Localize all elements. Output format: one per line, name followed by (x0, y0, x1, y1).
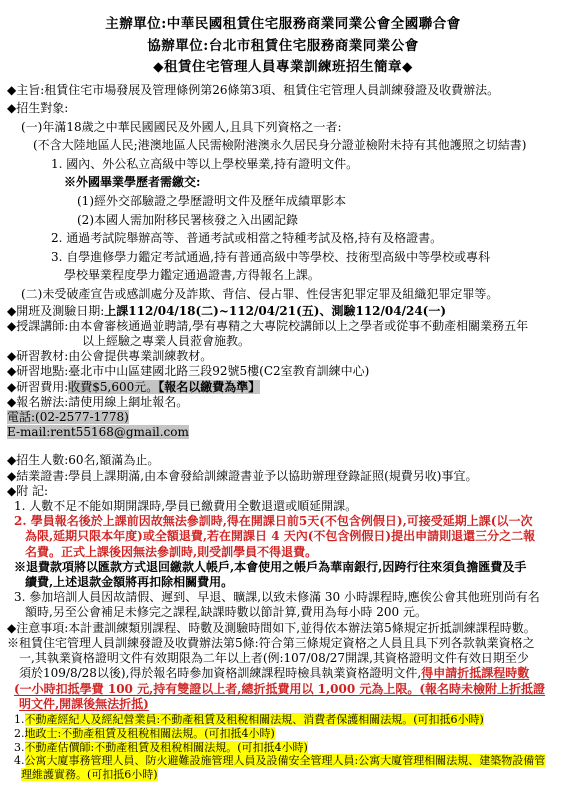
doc-text: 不動產經紀人及經紀營業員:不動產租賃及租稅相關法規、消費者保護相關法規。(可扣抵… (25, 713, 484, 726)
doc-line: 續費,上述退款金額將再扣除相關費用。 (7, 575, 560, 590)
deduction-item-2: 2.地政士:不動產租賃及租稅相關法規。(可扣抵4小時) (7, 727, 560, 741)
doc-text: 2. 通過考試院舉辦高等、普通考試或相當之特種考試及格,持有及格證書。 (51, 231, 442, 245)
doc-text: ◆研習地點:臺北市中山區建國北路三段92號5樓(C2室教育訓練中心) (7, 364, 369, 378)
doc-line: 須於109/8/28以後),得於報名時參加資格訓練課程時檢具執業資格證明文件,得… (7, 666, 560, 681)
capacity-line: ◆招生人數:60名,額滿為止。 (7, 453, 560, 468)
doc-text: 續費,上述退款金額將再扣除相關費用。 (25, 575, 233, 589)
doc-text: (1)經外交部驗證之學歷證明文件及歷年成績單影本 (77, 194, 346, 208)
doc-line: 為限,延期只限本年度)或全額退費,若在開課日 4 天內(不包含例假日)提出申請則… (7, 529, 560, 544)
doc-text: (二)未受破產宣告或感訓處分及詐欺、背信、侵占罪、性侵害犯罪定罪及組織犯罪定罪等… (21, 287, 498, 301)
material-line: ◆研習教材:由公會提供專業訓練教材。 (7, 349, 560, 364)
doc-line: 明文件,開課後無法折抵) (7, 697, 560, 712)
doc-text: ※退費款項將以匯款方式退回繳款人帳戶,本會使用之帳戶為華南銀行,因跨行往來須負擔… (14, 560, 526, 574)
doc-text: 1. 國內、外公私立高級中等以上學校畢業,持有證明文件。 (51, 157, 358, 171)
doc-text: 地政士:不動產租賃及租稅相關法規。(可扣抵4小時) (25, 727, 275, 740)
doc-text: 3. 自學進修學力鑑定考試通過,持有普通高級中等學校、技術型高級中等學校或專科 (51, 250, 490, 264)
co-organizer-line: 協辦單位:台北市租賃住宅服務商業同業公會 (0, 36, 566, 58)
instructor-line: ◆授課講師:由本會審核通過並聘請,學有專精之大專院校講師以上之學者或從事不動產相… (7, 319, 560, 334)
document-header: 主辦單位:中華民國租賃住宅服務商業同業公會全國聯合會 協辦單位:台北市租賃住宅服… (0, 0, 566, 79)
refund-bank-line: ※退費款項將以匯款方式退回繳款人帳戶,本會使用之帳戶為華南銀行,因跨行往來須負擔… (7, 560, 560, 575)
course-dates-line: ◆開班及測驗日期:上課112/04/18(二)~112/04/21(五)、測驗1… (7, 304, 560, 319)
doc-text: ◆研習教材:由公會提供專業訓練教材。 (7, 349, 212, 363)
doc-line: (一小時扣抵學費 100 元,持有雙證以上者,總折抵費用以 1,000 元為上限… (7, 682, 560, 697)
doc-text: 1. (14, 713, 25, 726)
doc-text: 2. 學員報名後於上課前因故無法參訓時,得在開課日前5天(不包含例假日),可接受… (14, 514, 532, 528)
doc-line: (1)經外交部驗證之學歷證明文件及歷年成績單影本 (7, 192, 560, 211)
doc-text: 一,其執業資格證明文件有效期限為二年以上者(例:107/08/27開課,其資格證… (19, 651, 529, 665)
doc-text: (不含大陸地區人民;港澳地區人民需檢附港澳永久居民身分證並檢附未持有其他護照之切… (33, 138, 526, 152)
doc-text: (一)年滿18歲之中華民國國民及外國人,且具下列資格之一者: (21, 120, 342, 134)
section-purpose-and-target: ◆主旨:租賃住宅市場發展及管理條例第26條第3項、租賃住宅管理人員訓練發證及收費… (7, 81, 560, 304)
section-notes: ◆招生人數:60名,額滿為止。◆結業證書:學員上課期滿,由本會發給訓練證書並予以… (7, 453, 560, 711)
doc-text: ◆主旨:租賃住宅市場發展及管理條例第26條第3項、租賃住宅管理人員訓練發證及收費… (7, 83, 499, 97)
doc-text: ※外國畢業學歷者需繳交: (64, 175, 200, 189)
doc-line: (二)未受破產宣告或感訓處分及詐欺、背信、侵占罪、性侵害犯罪定罪及組織犯罪定罪等… (7, 285, 560, 304)
email-highlight: E-mail:rent55168@gmail.com (7, 425, 189, 439)
doc-text: 明文件,開課後無法折抵) (19, 697, 149, 711)
doc-text: (2)本國人需加附移民署核發之入出國記錄 (77, 213, 298, 227)
doc-line: 1. 國內、外公私立高級中等以上學校畢業,持有證明文件。 (7, 155, 560, 174)
doc-line: (2)本國人需加附移民署核發之入出國記錄 (7, 211, 560, 230)
doc-text: 不動產估價師:不動產租賃及租稅相關法規。(可扣抵4小時) (25, 741, 308, 754)
doc-text: ◆結業證書:學員上課期滿,由本會發給訓練證書並予以協助辦理登錄証照(規費另收)事… (7, 469, 477, 483)
location-line: ◆研習地點:臺北市中山區建國北路三段92號5樓(C2室教育訓練中心) (7, 364, 560, 379)
page-title: ◆租賃住宅管理人員專業訓練班招生簡章◆ (0, 57, 566, 79)
doc-text: 額時,另至公會補足未修完之課程,缺課時數以節計算,費用為每小時 200 元。 (25, 605, 427, 619)
doc-text: ◆附 記: (7, 484, 48, 498)
doc-line: 3. 參加培訓人員因故請假、遲到、早退、曠課,以致未修滿 30 小時課程時,應俟… (7, 590, 560, 605)
deduction-item-4: 4.公寓大廈事務管理人員、防火避難設施管理人員及設備安全管理人員:公寓大廈管理相… (7, 754, 560, 768)
doc-line: (一)年滿18歲之中華民國國民及外國人,且具下列資格之一者: (7, 118, 560, 137)
doc-text: 1. 人數不足不能如期開課時,學員已繳費用全數退還或順延開課。 (14, 499, 357, 513)
doc-text: 3. (14, 741, 25, 754)
regulation-line: ※租賃住宅管理人員訓練發證及收費辦法第5條:符合第三條規定資格之人員且具下列各款… (7, 636, 560, 651)
appendix-heading: ◆附 記: (7, 484, 560, 499)
organizer-line: 主辦單位:中華民國租賃住宅服務商業同業公會全國聯合會 (0, 14, 566, 36)
deduction-item-1: 1.不動產經紀人及經紀營業員:不動產租賃及租稅相關法規、消費者保護相關法規。(可… (7, 713, 560, 727)
fee-highlight: 收費$5,600元。 (68, 380, 158, 394)
phone-line: 電話:(02-2577-1778) (7, 410, 560, 425)
doc-text: ◆注意事項:本計畫訓練類別課程、時數及測驗時間如下,並得依本辦法第5條規定折抵訓… (7, 621, 536, 635)
doc-text: ◆報名辦法:請使用線上網址報名。 (7, 395, 188, 409)
doc-line: 理維護實務。(可扣抵6小時) (7, 768, 560, 782)
deduction-item-3: 3.不動產估價師:不動產租賃及租稅相關法規。(可扣抵4小時) (7, 741, 560, 755)
doc-text: 名費。正式上課後因無法參訓時,則受訓學員不得退費。 (25, 545, 317, 559)
doc-text: 【報名以繳費為準】 (158, 380, 260, 394)
doc-text: (一小時扣抵學費 100 元,持有雙證以上者,總折抵費用以 1,000 元為上限… (14, 682, 545, 696)
refund-policy-line: 2. 學員報名後於上課前因故無法參訓時,得在開課日前5天(不包含例假日),可接受… (7, 514, 560, 529)
doc-text: 理維護實務。(可扣抵6小時) (21, 768, 158, 781)
doc-text: ◆研習費用: (7, 380, 68, 394)
deduction-highlight: 得申請折抵課程時數 (421, 666, 529, 680)
doc-text: 以上經驗之專業人員蒞會施教。 (82, 334, 250, 348)
section-course-info: ◆開班及測驗日期:上課112/04/18(二)~112/04/21(五)、測驗1… (7, 304, 560, 441)
subject-line: ◆主旨:租賃住宅市場發展及管理條例第26條第3項、租賃住宅管理人員訓練發證及收費… (7, 81, 560, 100)
document-body: ◆主旨:租賃住宅市場發展及管理條例第26條第3項、租賃住宅管理人員訓練發證及收費… (0, 79, 566, 782)
doc-text: 公寓大廈事務管理人員、防火避難設施管理人員及設備安全管理人員:公寓大廈管理相關法… (25, 754, 546, 767)
email-line: E-mail:rent55168@gmail.com (7, 425, 560, 440)
attention-line: ◆注意事項:本計畫訓練類別課程、時數及測驗時間如下,並得依本辦法第5條規定折抵訓… (7, 621, 560, 636)
doc-text: 須於109/8/28以後),得於報名時參加資格訓練課程時檢具執業資格證明文件, (19, 666, 421, 680)
doc-text: 學校畢業程度學力鑑定通過證書,方得報名上課。 (64, 268, 320, 282)
doc-text: ※租賃住宅管理人員訓練發證及收費辦法第5條:符合第三條規定資格之人員且具下列各款… (7, 636, 535, 650)
doc-line: 名費。正式上課後因無法參訓時,則受訓學員不得退費。 (7, 545, 560, 560)
doc-line: 學校畢業程度學力鑑定通過證書,方得報名上課。 (7, 266, 560, 285)
doc-line: 1. 人數不足不能如期開課時,學員已繳費用全數退還或順延開課。 (7, 499, 560, 514)
doc-line: 以上經驗之專業人員蒞會施教。 (7, 334, 560, 349)
doc-text: ◆招生對象: (7, 101, 68, 115)
doc-line: ※外國畢業學歷者需繳交: (7, 173, 560, 192)
doc-text: 4. (14, 754, 25, 767)
doc-line: 3. 自學進修學力鑑定考試通過,持有普通高級中等學校、技術型高級中等學校或專科 (7, 248, 560, 267)
doc-text: ◆開班及測驗日期: (7, 304, 104, 318)
fee-line: ◆研習費用:收費$5,600元。【報名以繳費為準】 (7, 380, 560, 395)
phone-highlight: 電話:(02-2577-1778) (7, 410, 129, 424)
doc-text: 3. 參加培訓人員因故請假、遲到、早退、曠課,以致未修滿 30 小時課程時,應俟… (14, 590, 540, 604)
doc-line: 一,其執業資格證明文件有效期限為二年以上者(例:107/08/27開課,其資格證… (7, 651, 560, 666)
doc-line: 額時,另至公會補足未修完之課程,缺課時數以節計算,費用為每小時 200 元。 (7, 605, 560, 620)
doc-text: 為限,延期只限本年度)或全額退費,若在開課日 4 天內(不包含例假日)提出申請則… (25, 529, 535, 543)
doc-line: (不含大陸地區人民;港澳地區人民需檢附港澳永久居民身分證並檢附未持有其他護照之切… (7, 136, 560, 155)
doc-text: ◆授課講師:由本會審核通過並聘請,學有專精之大專院校講師以上之學者或從事不動產相… (7, 319, 528, 333)
certificate-line: ◆結業證書:學員上課期滿,由本會發給訓練證書並予以協助辦理登錄証照(規費另收)事… (7, 469, 560, 484)
doc-text: ◆招生人數:60名,額滿為止。 (7, 453, 159, 467)
doc-text: 上課112/04/18(二)~112/04/21(五)、測驗112/04/24(… (104, 304, 446, 318)
registration-line: ◆報名辦法:請使用線上網址報名。 (7, 395, 560, 410)
doc-text: 2. (14, 727, 25, 740)
section-deductible-qualifications: 1.不動產經紀人及經紀營業員:不動產租賃及租稅相關法規、消費者保護相關法規。(可… (7, 713, 560, 782)
admission-target-heading: ◆招生對象: (7, 99, 560, 118)
document-page: 主辦單位:中華民國租賃住宅服務商業同業公會全國聯合會 協辦單位:台北市租賃住宅服… (0, 0, 566, 800)
doc-line: 2. 通過考試院舉辦高等、普通考試或相當之特種考試及格,持有及格證書。 (7, 229, 560, 248)
